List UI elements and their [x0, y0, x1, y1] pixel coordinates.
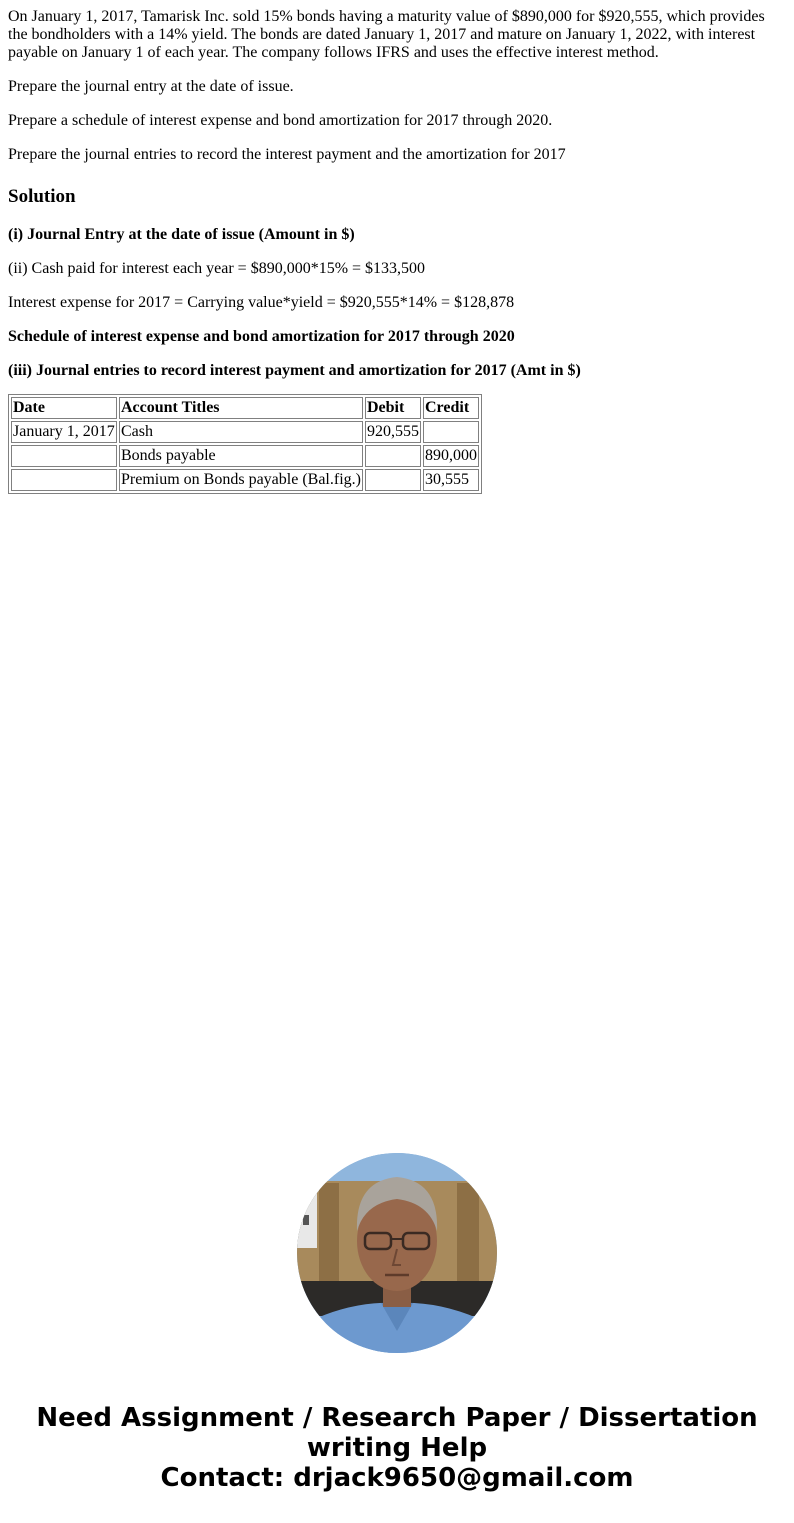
contact-email: Contact: drjack9650@gmail.com: [0, 1463, 794, 1493]
header-account-titles: Account Titles: [119, 397, 363, 419]
cell-debit: [365, 469, 421, 491]
document-body: On January 1, 2017, Tamarisk Inc. sold 1…: [8, 8, 786, 494]
solution-heading: Solution: [8, 186, 786, 208]
question-paragraph-4: Prepare the journal entries to record th…: [8, 146, 786, 164]
part-ii-text: (ii) Cash paid for interest each year = …: [8, 260, 786, 278]
promo-line-2: writing Help: [0, 1433, 794, 1463]
cell-debit: 920,555: [365, 421, 421, 443]
person-portrait-icon: [297, 1153, 497, 1353]
cell-credit: 30,555: [423, 469, 479, 491]
tutor-avatar: [297, 1153, 497, 1353]
part-i-heading: (i) Journal Entry at the date of issue (…: [8, 226, 786, 244]
table-header-row: Date Account Titles Debit Credit: [11, 397, 479, 419]
interest-expense-text: Interest expense for 2017 = Carrying val…: [8, 294, 786, 312]
cell-account: Bonds payable: [119, 445, 363, 467]
schedule-heading: Schedule of interest expense and bond am…: [8, 328, 786, 346]
header-date: Date: [11, 397, 117, 419]
question-paragraph-2: Prepare the journal entry at the date of…: [8, 78, 786, 96]
cell-credit: [423, 421, 479, 443]
cell-credit: 890,000: [423, 445, 479, 467]
question-paragraph-3: Prepare a schedule of interest expense a…: [8, 112, 786, 130]
cell-debit: [365, 445, 421, 467]
table-row: January 1, 2017 Cash 920,555: [11, 421, 479, 443]
table-row: Bonds payable 890,000: [11, 445, 479, 467]
cell-account: Premium on Bonds payable (Bal.fig.): [119, 469, 363, 491]
header-debit: Debit: [365, 397, 421, 419]
table-row: Premium on Bonds payable (Bal.fig.) 30,5…: [11, 469, 479, 491]
header-credit: Credit: [423, 397, 479, 419]
journal-entry-table: Date Account Titles Debit Credit January…: [8, 394, 482, 494]
cell-date: January 1, 2017: [11, 421, 117, 443]
cell-date: [11, 469, 117, 491]
promo-line-1: Need Assignment / Research Paper / Disse…: [0, 1403, 794, 1433]
question-paragraph-1: On January 1, 2017, Tamarisk Inc. sold 1…: [8, 8, 786, 62]
cell-date: [11, 445, 117, 467]
cell-account: Cash: [119, 421, 363, 443]
part-iii-heading: (iii) Journal entries to record interest…: [8, 362, 786, 380]
promo-footer: Need Assignment / Research Paper / Disse…: [0, 1403, 794, 1493]
